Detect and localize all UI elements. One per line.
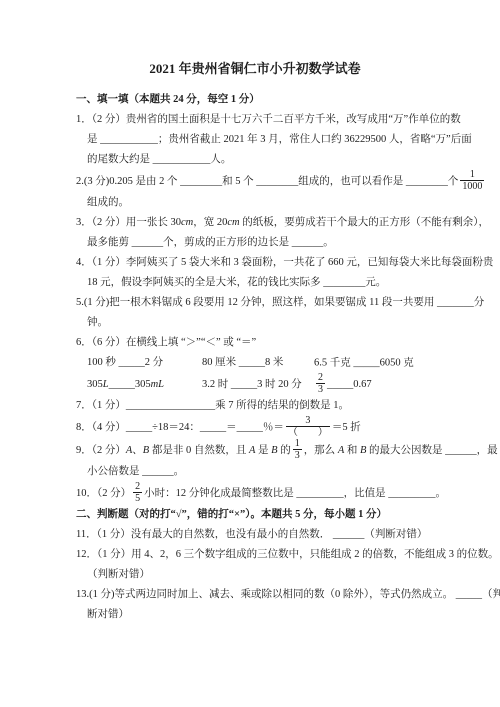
fraction-numerator: 2	[316, 372, 325, 384]
text-run: 6．（6 分）在横线上填 “＞”“＜” 或 “＝”	[76, 337, 256, 348]
fraction-denominator: 3	[316, 384, 325, 395]
question-1-line-2: 是 ___________；贵州省截止 2021 年 3 月，常住人口约 362…	[76, 130, 434, 150]
fraction-numerator: 1	[460, 169, 484, 181]
fraction: 25	[133, 481, 142, 504]
question-2-line-2: 组成的。	[76, 193, 434, 213]
document-lines: 一、填一填（本题共 24 分，每空 1 分）1．（2 分）贵州省的国土面积是十七…	[76, 90, 434, 625]
question-1-line-3: 的尾数大约是 ___________人。	[76, 150, 434, 170]
question-10-line-1: 10．（2 分）25小时：12 分钟化成最简整数比是 _________，比值是…	[76, 482, 434, 505]
text-run: ，那么	[304, 445, 338, 456]
exam-document: 2021 年贵州省铜仁市小升初数学试卷 一、填一填（本题共 24 分，每空 1 …	[0, 0, 500, 707]
page-title: 2021 年贵州省铜仁市小升初数学试卷	[76, 58, 434, 77]
text-run: _____0.67	[327, 379, 372, 390]
text-run: 1．（2 分）贵州省的国土面积是十七万六千二百平方千米，改写成用“万”作单位的数	[76, 114, 461, 125]
question-2-line-1: 2.(3 分)0.205 是由 2 个 ________和 5 个 ______…	[76, 170, 434, 193]
question-5-line-1: 5.(1 分)把一根木料锯成 6 段要用 12 分钟，照这样，如果要锯成 11 …	[76, 293, 434, 313]
text-run: 6.5 千克 _____6050 克	[314, 357, 414, 368]
text-run: 、	[132, 445, 143, 456]
fraction-numerator: 1	[293, 438, 302, 450]
text-run: 305	[87, 379, 103, 390]
text-run: 的尾数大约是 ___________人。	[87, 154, 231, 165]
fraction: 23	[316, 372, 325, 395]
text-run: 小时：12 分钟化成最简整数比是 _________，比值是 _________…	[144, 488, 446, 499]
text-run: 10．（2 分）	[76, 488, 131, 499]
question-12-line-2: （判断对错）	[76, 565, 434, 585]
text-run: 的最大公因数是 ______，最	[366, 445, 497, 456]
text-run: 9．（2 分）	[76, 445, 126, 456]
text-run: 7．（1 分）_________________乘 7 所得的结果的倒数是 1。	[76, 400, 349, 411]
text-run: 3.2 时 _____3 时 20 分	[202, 379, 302, 390]
text-run: 二、判断题（对的打“√”，错的打“×”）。本题共 5 分，每小题 1 分）	[76, 509, 387, 520]
text-run: 的	[278, 445, 291, 456]
text-run: 断对错）	[87, 609, 129, 620]
text-run: 钟。	[87, 317, 108, 328]
question-6-line-1: 6．（6 分）在横线上填 “＞”“＜” 或 “＝”	[76, 333, 434, 353]
text-run: ＝5 折	[332, 422, 361, 433]
question-9-line-2: 小公倍数是 ______。	[76, 462, 434, 482]
text-run: （判断对错）	[87, 569, 150, 580]
text-run: cm	[181, 217, 193, 228]
text-run: 11．（1 分）没有最大的自然数，也没有最小的自然数． ______（判断对错）	[76, 529, 427, 540]
fraction-numerator: 3	[286, 415, 330, 427]
section-1-heading: 一、填一填（本题共 24 分，每空 1 分）	[76, 90, 434, 110]
text-run: 80 厘米 _____8 米	[202, 357, 283, 368]
text-run: 8．（4 分）_____÷18＝24：_____＝_____％＝	[76, 422, 284, 433]
section-2-heading: 二、判断题（对的打“√”，错的打“×”）。本题共 5 分，每小题 1 分）	[76, 505, 434, 525]
text-run: 小公倍数是 ______。	[87, 466, 184, 477]
question-13-line-2: 断对错）	[76, 605, 434, 625]
text-run: 最多能剪 ______个，剪成的正方形的边长是 ______。	[87, 237, 334, 248]
question-3-line-2: 最多能剪 ______个，剪成的正方形的边长是 ______。	[76, 233, 434, 253]
question-4-line-2: 18 元，假设李阿姨买的全是大米，花的钱比实际多 ________元。	[76, 273, 434, 293]
text-run: 13.(1 分)等式两边同时加上、减去、乘或除以相同的数（0 除外），等式仍然成…	[76, 589, 500, 600]
fraction-denominator: 5	[133, 493, 142, 504]
question-12-line-1: 12．（1 分）用 4、2，6 三个数字组成的三位数中，只能组成 2 的倍数，不…	[76, 545, 434, 565]
compare-cell: 305L_____305mL	[87, 375, 202, 395]
question-8-line-1: 8．（4 分）_____÷18＝24：_____＝_____％＝3（ ）＝5 折	[76, 416, 434, 439]
compare-cell: 80 厘米 _____8 米	[202, 353, 314, 373]
text-run: 12．（1 分）用 4、2，6 三个数字组成的三位数中，只能组成 2 的倍数，不…	[76, 549, 499, 560]
text-run: 是 ___________；贵州省截止 2021 年 3 月，常住人口约 362…	[87, 134, 472, 145]
text-run: 5.(1 分)把一根木料锯成 6 段要用 12 分钟，照这样，如果要锯成 11 …	[76, 297, 484, 308]
text-run: 18 元，假设李阿姨买的全是大米，花的钱比实际多 ________元。	[87, 277, 386, 288]
question-1-line-1: 1．（2 分）贵州省的国土面积是十七万六千二百平方千米，改写成用“万”作单位的数	[76, 110, 434, 130]
question-3-line-1: 3．（2 分）用一张长 30cm，宽 20cm 的纸板，要剪成若干个最大的正方形…	[76, 213, 434, 233]
text-run: mL	[151, 379, 164, 390]
text-run: _____305	[109, 379, 151, 390]
fraction-denominator: 1000	[460, 181, 484, 192]
text-run: ，宽 20	[193, 217, 227, 228]
fraction-denominator: （ ）	[286, 427, 330, 438]
question-6-row-2: 305L_____305mL3.2 时 _____3 时 20 分23_____…	[76, 373, 434, 396]
question-13-line-1: 13.(1 分)等式两边同时加上、减去、乘或除以相同的数（0 除外），等式仍然成…	[76, 585, 434, 605]
question-4-line-1: 4．（1 分）李阿姨买了 5 袋大米和 3 袋面粉，一共花了 660 元，已知每…	[76, 253, 434, 273]
text-run: 的纸板，要剪成若干个最大的正方形（不能有剩余），	[240, 217, 489, 228]
text-run: 和	[344, 445, 360, 456]
text-run: 是	[255, 445, 271, 456]
question-5-line-2: 钟。	[76, 313, 434, 333]
fraction-denominator: 3	[293, 450, 302, 461]
compare-cell: 3.2 时 _____3 时 20 分	[202, 375, 314, 395]
text-run: 2.(3 分)0.205 是由 2 个 ________和 5 个 ______…	[76, 176, 458, 187]
text-run: 组成的。	[87, 197, 129, 208]
fraction-numerator: 2	[133, 481, 142, 493]
compare-cell: 100 秒 _____2 分	[87, 353, 202, 373]
text-run: 4．（1 分）李阿姨买了 5 袋大米和 3 袋面粉，一共花了 660 元，已知每…	[76, 257, 493, 268]
text-run: cm	[227, 217, 239, 228]
question-11-line-1: 11．（1 分）没有最大的自然数，也没有最小的自然数． ______（判断对错）	[76, 525, 434, 545]
question-6-row-1: 100 秒 _____2 分80 厘米 _____8 米6.5 千克 _____…	[76, 353, 434, 373]
question-7-line-1: 7．（1 分）_________________乘 7 所得的结果的倒数是 1。	[76, 396, 434, 416]
text-run: 一、填一填（本题共 24 分，每空 1 分）	[76, 94, 260, 105]
text-run: 100 秒 _____2 分	[87, 357, 163, 368]
question-9-line-1: 9．（2 分）A、B 都是非 0 自然数，且 A 是 B 的13，那么 A 和 …	[76, 439, 434, 462]
text-run: 3．（2 分）用一张长 30	[76, 217, 181, 228]
fraction: 11000	[460, 169, 484, 192]
text-run: 都是非 0 自然数，且	[149, 445, 249, 456]
fraction: 3（ ）	[286, 415, 330, 438]
fraction: 13	[293, 438, 302, 461]
